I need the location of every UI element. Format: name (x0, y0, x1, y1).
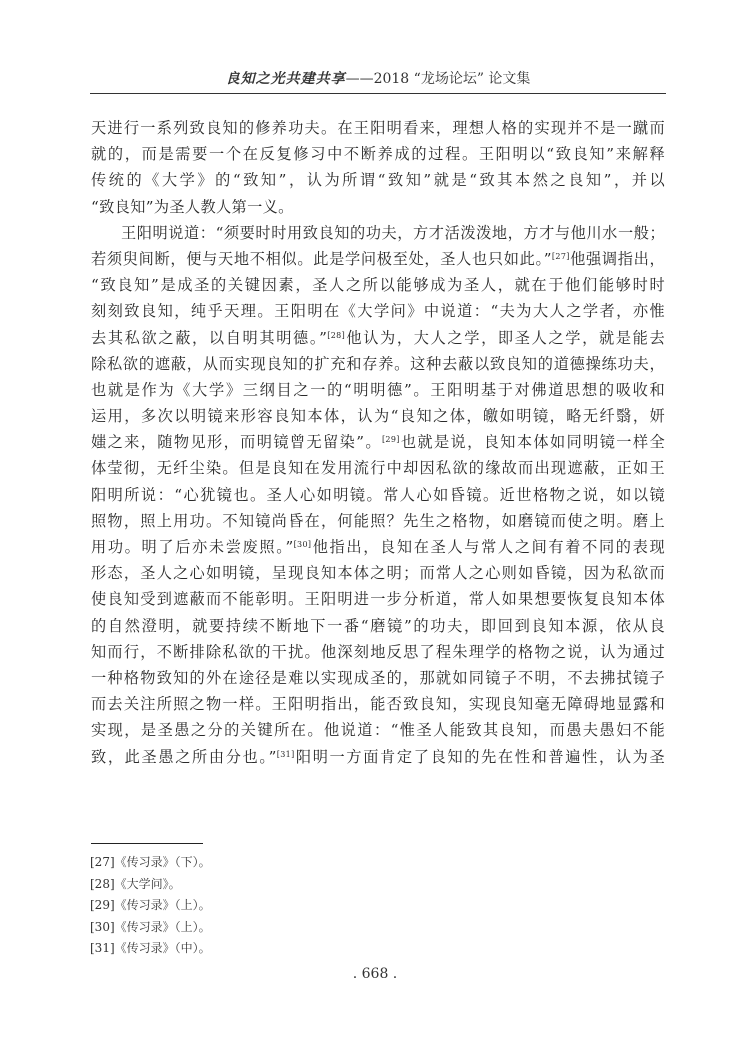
footnotes: [27]《传习录》（下）。 [28]《大学问》。 [29]《传习录》（上）。 [… (90, 852, 211, 960)
text-line: 使良知受到遮蔽而不能彰明。王阳明进一步分析道，常人如果想要恢复良知本体 (91, 586, 665, 612)
text-line: 刻刻致良知，纯乎天理。王阳明在《大学问》中说道：“夫为大人之学者，亦惟 (91, 298, 665, 324)
text-line: 的自然澄明，就要持续不断地下一番“磨镜”的功夫，即回到良知本源，依从良 (91, 613, 665, 639)
footnote-ref-28[interactable]: [28] (327, 331, 345, 340)
header-brand: 良知之光共建共享 (226, 71, 346, 87)
footnote-ref-27[interactable]: [27] (552, 252, 570, 261)
header-title: 2018 “龙场论坛” 论文集 (374, 71, 531, 87)
header-dash: —— (346, 71, 374, 87)
text-line: 也就是作为《大学》三纲目之一的“明明德”。王阳明基于对佛道思想的吸收和 (91, 377, 665, 403)
text-line: 王阳明说道：“须要时时用致良知的功夫，方才活泼泼地，方才与他川水一般； (91, 220, 665, 246)
text-line: “致良知”是成圣的关键因素，圣人之所以能够成为圣人，就在于他们能够时时 (91, 272, 665, 298)
page-number: . 668 . (0, 966, 750, 982)
text-line: 就的，而是需要一个在反复修习中不断养成的过程。王阳明以“致良知”来解释 (91, 141, 665, 167)
text-line: 阳明所说：“心犹镜也。圣人心如明镜。常人心如昏镜。近世格物之说，如以镜 (91, 482, 665, 508)
footnote-ref-31[interactable]: [31] (277, 750, 295, 759)
running-header: 良知之光共建共享——2018 “龙场论坛” 论文集 (90, 66, 666, 94)
footnote-ref-30[interactable]: [30] (294, 540, 312, 549)
body-text: 天进行一系列致良知的修养功夫。在王阳明看来，理想人格的实现并不是一蹴而 就的，而… (91, 115, 665, 770)
text-line: 而去关注所照之物一样。王阳明指出，能否致良知，实现良知毫无障碍地显露和 (91, 691, 665, 717)
text-line: 致，此圣愚之所由分也。”[31]阳明一方面肯定了良知的先在性和普遍性，认为圣 (91, 744, 665, 770)
text-line: 形态，圣人之心如明镜，呈现良知本体之明；而常人之心则如昏镜，因为私欲而 (91, 560, 665, 586)
footnote-ref-29[interactable]: [29] (382, 435, 400, 444)
footnote-27: [27]《传习录》（下）。 (90, 852, 211, 874)
text-line: 体莹彻，无纤尘染。但是良知在发用流行中却因私欲的缘故而出现遮蔽，正如王 (91, 455, 665, 481)
text-line: 天进行一系列致良知的修养功夫。在王阳明看来，理想人格的实现并不是一蹴而 (91, 115, 665, 141)
text-line: “致良知”为圣人教人第一义。 (91, 194, 665, 220)
text-line: 一种格物致知的外在途径是难以实现成圣的，那就如同镜子不明，不去拂拭镜子 (91, 665, 665, 691)
text-line: 实现，是圣愚之分的关键所在。他说道：“惟圣人能致其良知，而愚夫愚妇不能 (91, 717, 665, 743)
text-line: 知而行，不断排除私欲的干扰。他深刻地反思了程朱理学的格物之说，认为通过 (91, 639, 665, 665)
text-line: 除私欲的遮蔽，从而实现良知的扩充和存养。这种去蔽以致良知的道德操练功夫， (91, 351, 665, 377)
text-line: 照物，照上用功。不知镜尚昏在，何能照？先生之格物，如磨镜而使之明。磨上 (91, 508, 665, 534)
text-line: 运用，多次以明镜来形容良知本体，认为“良知之体，皦如明镜，略无纤翳，妍 (91, 403, 665, 429)
text-line: 传统的《大学》的“致知”，认为所谓“致知”就是“致其本然之良知”，并以 (91, 167, 665, 193)
text-line: 去其私欲之蔽，以自明其明德。”[28]他认为，大人之学，即圣人之学，就是能去 (91, 325, 665, 351)
footnote-30: [30]《传习录》（上）。 (90, 917, 211, 939)
text-line: 用功。明了后亦未尝废照。”[30]他指出，良知在圣人与常人之间有着不同的表现 (91, 534, 665, 560)
text-line: 若须臾间断，便与天地不相似。此是学问极至处，圣人也只如此。”[27]他强调指出， (91, 246, 665, 272)
footnote-29: [29]《传习录》（上）。 (90, 895, 211, 917)
footnote-31: [31]《传习录》（中）。 (90, 938, 211, 960)
footnote-divider (91, 843, 203, 844)
text-line: 媸之来，随物见形，而明镜曾无留染”。[29]也就是说，良知本体如同明镜一样全 (91, 429, 665, 455)
footnote-28: [28]《大学问》。 (90, 874, 211, 896)
